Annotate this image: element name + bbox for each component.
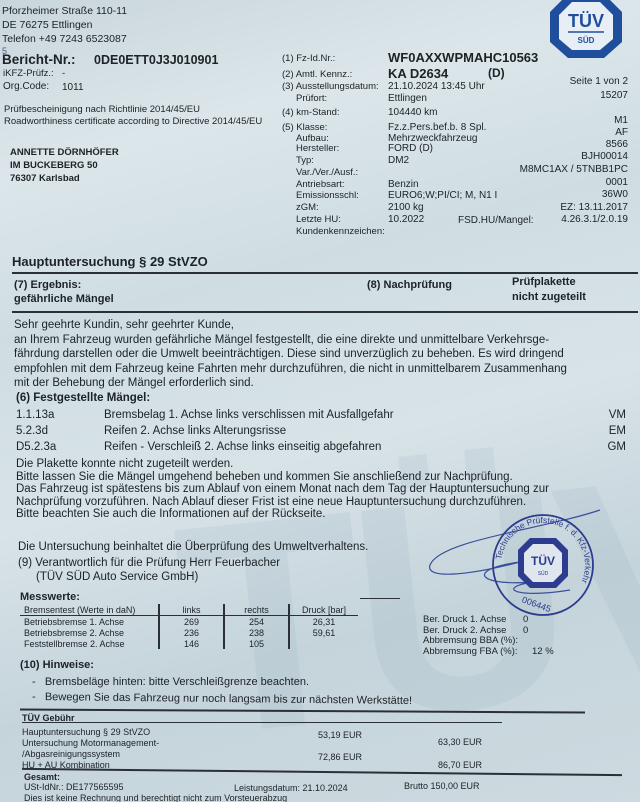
fee-net: 53,19 EUR	[318, 730, 362, 740]
section-title: Hauptuntersuchung § 29 StVZO	[12, 254, 208, 269]
vehicle-data-right-item: BJH00014	[581, 151, 628, 162]
vehicle-field-value: FORD (D)	[388, 143, 433, 154]
vehicle-field-value: WF0AXXWPMAHC10563	[388, 50, 538, 65]
divider	[22, 722, 502, 723]
defect-code: 5.2.3d	[16, 425, 48, 437]
report-number-value: 0DE0ETT0J3J010901	[94, 53, 218, 67]
table-cell: Betriebsbremse 1. Achse	[20, 616, 159, 628]
vehicle-field-label: Emissionsschl:	[296, 190, 359, 201]
vehicle-field-label: Hersteller:	[296, 143, 339, 154]
issuer-city: DE 76275 Ettlingen	[2, 18, 127, 32]
divider	[360, 598, 400, 599]
reading-value: 12 %	[532, 646, 554, 657]
svg-text:TÜV: TÜV	[531, 553, 555, 568]
inspection-stamp: Technische Prüfstelle f. d. Kfz-Verkehr …	[488, 510, 598, 620]
table-cell: 146	[159, 638, 224, 649]
vehicle-data-right-item: 4.26.3.1/2.0.19	[561, 214, 628, 225]
fsd-label: FSD.HU/Mangel:	[458, 215, 534, 226]
hints-title: (10) Hinweise:	[20, 659, 94, 671]
table-row: Betriebsbremse 2. Achse23623859,61	[20, 627, 358, 638]
recipient-street: IM BUCKEBERG 50	[10, 159, 119, 172]
table-row: Betriebsbremse 1. Achse26925426,31	[20, 616, 358, 628]
col-header: Druck [bar]	[289, 604, 358, 616]
svg-text:SÜD: SÜD	[538, 570, 549, 577]
vehicle-field-label: Prüfort:	[296, 93, 327, 104]
environment-note: Die Untersuchung beinhaltet die Überprüf…	[18, 540, 368, 555]
issuer-phone: Telefon +49 7243 6523087	[2, 32, 127, 46]
divider	[12, 272, 638, 274]
plate-country: (D)	[488, 66, 505, 80]
vehicle-field-label: Var./Ver./Ausf.:	[296, 167, 358, 178]
report-number-label: Bericht-Nr.:	[2, 52, 76, 67]
reading-label: Abbremsung BBA (%):	[423, 635, 518, 646]
col-header: links	[159, 604, 224, 616]
reading-label: Ber. Druck 2. Achse	[423, 625, 506, 636]
recipient-name: ANNETTE DÖRNHÖFER	[10, 146, 119, 159]
org-code-value: 1011	[62, 82, 84, 93]
total-label: Gesamt:	[24, 772, 60, 782]
vehicle-field-value: DM2	[388, 155, 409, 166]
vehicle-field-value: 10.2022	[388, 214, 424, 225]
vehicle-field-label: Kundenkennzeichen:	[296, 226, 385, 237]
table-cell: 105	[224, 638, 289, 649]
reading-label: Ber. Druck 1. Achse	[423, 614, 506, 625]
table-cell: 59,61	[289, 627, 358, 638]
defect-code: D5.2.3a	[16, 441, 56, 453]
recipient-address: ANNETTE DÖRNHÖFER IM BUCKEBERG 50 76307 …	[10, 146, 119, 185]
fee-labels: Hauptuntersuchung § 29 StVZO Untersuchun…	[22, 727, 159, 771]
defect-code: 1.1.13a	[16, 409, 54, 421]
vehicle-field-value: Ettlingen	[388, 93, 427, 104]
vehicle-field-label: (1) Fz-Id.Nr.:	[282, 53, 335, 64]
col-header: Bremsentest (Werte in daN)	[20, 604, 159, 616]
table-row: Feststellbremse 2. Achse146105	[20, 638, 358, 649]
svg-text:TÜV: TÜV	[568, 11, 604, 31]
vehicle-field-label: (5) Klasse:	[282, 122, 327, 133]
vehicle-data-right-item: 0001	[606, 177, 628, 188]
certificate-de: Prüfbescheinigung nach Richtlinie 2014/4…	[4, 104, 200, 115]
vehicle-field-value: 21.10.2024 13:45 Uhr	[388, 81, 485, 92]
responsible-company: (TÜV SÜD Auto Service GmbH)	[36, 570, 198, 585]
vehicle-field-value: Benzin	[388, 179, 419, 190]
responsible-inspector: (9) Verantwortlich für die Prüfung Herr …	[18, 556, 280, 571]
fee-gross: 86,70 EUR	[438, 760, 482, 770]
vehicle-field-label: zGM:	[296, 202, 319, 213]
measurements-title: Messwerte:	[20, 591, 80, 603]
recipient-city: 76307 Karlsbad	[10, 172, 119, 185]
vehicle-field-label: Letzte HU:	[296, 214, 341, 225]
vehicle-field-value: 2100 kg	[388, 202, 424, 213]
defect-description: Bremsbelag 1. Achse links verschlissen m…	[104, 409, 394, 421]
letter-text: Sehr geehrte Kundin, sehr geehrter Kunde…	[14, 318, 567, 391]
defects-title: (6) Festgestellte Mängel:	[16, 392, 150, 404]
gross-total: Brutto 150,00 EUR	[404, 781, 480, 791]
hint-item: - Bremsbeläge hinten: bitte Verschleißgr…	[32, 676, 309, 688]
vehicle-data-right-item: Seite 1 von 2	[570, 76, 628, 87]
result-value: gefährliche Mängel	[14, 293, 114, 305]
vehicle-field-value: Fz.z.Pers.bef.b. 8 Spl.	[388, 122, 486, 133]
letter-salutation: Sehr geehrte Kundin, sehr geehrter Kunde…	[14, 318, 567, 333]
org-code-label: Org.Code:	[3, 81, 49, 92]
table-cell: 236	[159, 627, 224, 638]
vehicle-data-right-item: M1	[614, 115, 628, 126]
vehicle-data-right-item: M8MC1AX / 5TNBB1PC	[520, 164, 628, 175]
table-cell: Betriebsbremse 2. Achse	[20, 627, 159, 638]
table-cell: 269	[159, 616, 224, 628]
vehicle-field-value: EURO6;W;PI/CI; M, N1 I	[388, 190, 497, 201]
plaque-status-line2: nicht zugeteilt	[512, 291, 586, 303]
defect-severity: GM	[607, 441, 626, 453]
defect-description: Reifen - Verschleiß 2. Achse links einse…	[104, 441, 381, 453]
svg-text:SÜD: SÜD	[578, 36, 595, 45]
defect-description: Reifen 2. Achse links Alterungsrisse	[104, 425, 286, 437]
vehicle-field-label: (4) km-Stand:	[282, 107, 340, 118]
reading-value: 0	[523, 614, 528, 625]
table-cell: 254	[224, 616, 289, 628]
disclaimer: Dies ist keine Rechnung und berechtigt n…	[24, 793, 287, 802]
vehicle-data-right-item: 15207	[600, 90, 628, 101]
defect-severity: EM	[609, 425, 626, 437]
vehicle-field-label: (3) Ausstellungsdatum:	[282, 81, 379, 92]
fee-net: 72,86 EUR	[318, 752, 362, 762]
vehicle-field-label: Typ:	[296, 155, 314, 166]
vehicle-field-value: KA D2634	[388, 66, 448, 81]
vehicle-data-right-item: 8566	[606, 139, 628, 150]
tuv-sud-logo: TÜV SÜD	[546, 0, 626, 58]
divider	[12, 311, 638, 313]
ikfz-value: -	[62, 68, 65, 79]
issuer-address: Pforzheimer Straße 110-11 DE 76275 Ettli…	[2, 4, 127, 56]
fee-gross: 63,30 EUR	[438, 737, 482, 747]
hint-item: - Bewegen Sie das Fahrzeug nur noch lang…	[32, 691, 412, 707]
reading-value: 0	[523, 625, 528, 636]
vehicle-field-label: (2) Amtl. Kennz.:	[282, 69, 352, 80]
vehicle-field-label: Antriebsart:	[296, 179, 345, 190]
service-date: Leistungsdatum: 21.10.2024	[234, 783, 348, 793]
col-header: rechts	[224, 604, 289, 616]
reading-label: Abbremsung FBA (%):	[423, 646, 518, 657]
table-cell	[289, 638, 358, 649]
result-label: (7) Ergebnis:	[14, 279, 81, 291]
vehicle-data-right-item: AF	[615, 127, 628, 138]
issuer-street: Pforzheimer Straße 110-11	[2, 4, 127, 18]
vehicle-data-right-item: EZ: 13.11.2017	[560, 202, 628, 213]
table-cell: 26,31	[289, 616, 358, 628]
table-cell: 238	[224, 627, 289, 638]
brake-test-table: Bremsentest (Werte in daN) links rechts …	[20, 604, 358, 649]
vehicle-data-right-item: 36W0	[602, 189, 628, 200]
vat-id: USt-IdNr.: DE177565595	[24, 782, 124, 792]
reinspection-label: (8) Nachprüfung	[367, 279, 452, 291]
defect-severity: VM	[609, 409, 626, 421]
table-cell: Feststellbremse 2. Achse	[20, 638, 159, 649]
plaque-status-line1: Prüfplakette	[512, 276, 576, 288]
certificate-en: Roadworthiness certificate according to …	[4, 116, 262, 127]
vehicle-field-value: 104440 km	[388, 107, 437, 118]
ikfz-label: iKFZ-Prüfz.:	[3, 68, 54, 79]
